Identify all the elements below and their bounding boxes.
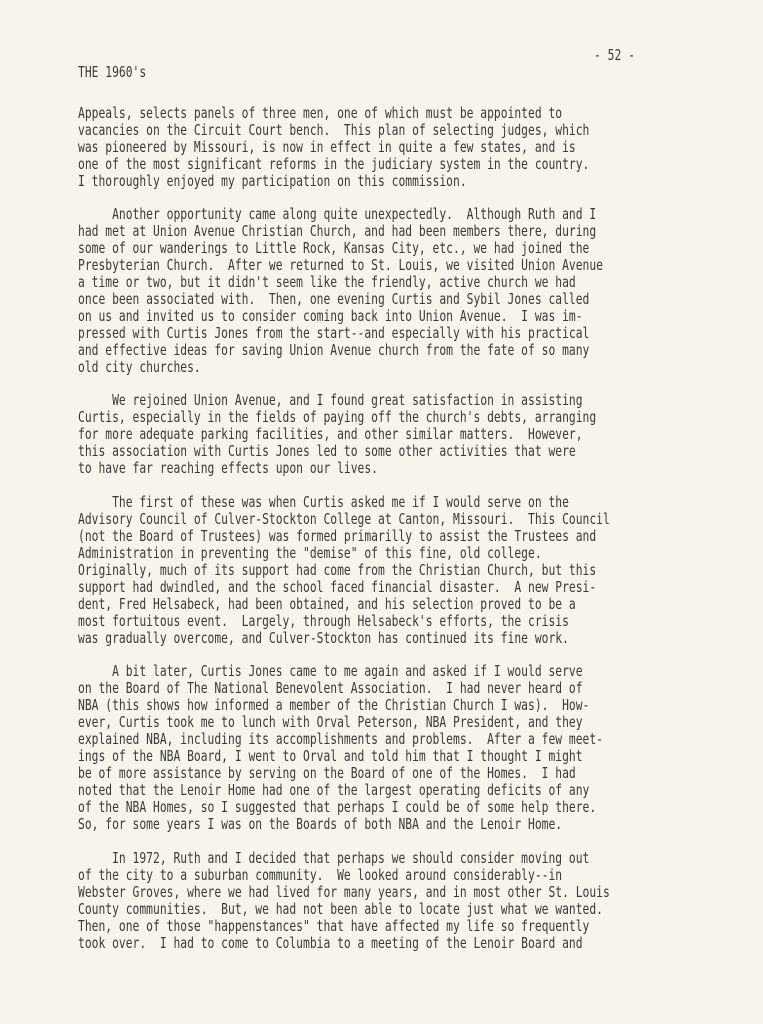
- text-line: explained NBA, including its accomplishm…: [78, 731, 603, 748]
- chapter-header: THE 1960's: [78, 64, 146, 81]
- text-line: a time or two, but it didn't seem like t…: [78, 274, 576, 291]
- text-line: (not the Board of Trustees) was formed p…: [78, 528, 596, 545]
- text-line: Webster Groves, where we had lived for m…: [78, 884, 610, 901]
- text-line: be of more assistance by serving on the …: [78, 765, 576, 782]
- text-line: NBA (this shows how informed a member of…: [78, 697, 589, 714]
- text-line: County communities. But, we had not been…: [78, 901, 603, 918]
- text-line: took over. I had to come to Columbia to …: [78, 935, 583, 952]
- text-line: Another opportunity came along quite une…: [78, 206, 596, 223]
- text-line: Originally, much of its support had come…: [78, 562, 596, 579]
- text-line: and effective ideas for saving Union Ave…: [78, 342, 589, 359]
- text-line: vacancies on the Circuit Court bench. Th…: [78, 122, 589, 139]
- text-line: on us and invited us to consider coming …: [78, 308, 583, 325]
- text-line: once been associated with. Then, one eve…: [78, 291, 589, 308]
- text-line: Presbyterian Church. After we returned t…: [78, 257, 603, 274]
- text-line: pressed with Curtis Jones from the start…: [78, 325, 589, 342]
- text-line: was pioneered by Missouri, is now in eff…: [78, 139, 576, 156]
- text-line: one of the most significant reforms in t…: [78, 156, 589, 173]
- text-line: Curtis, especially in the fields of payi…: [78, 409, 596, 426]
- text-line: dent, Fred Helsabeck, had been obtained,…: [78, 596, 576, 613]
- text-line: We rejoined Union Avenue, and I found gr…: [78, 392, 583, 409]
- text-line: Advisory Council of Culver-Stockton Coll…: [78, 511, 610, 528]
- text-line: some of our wanderings to Little Rock, K…: [78, 240, 589, 257]
- text-line: ever, Curtis took me to lunch with Orval…: [78, 714, 583, 731]
- text-line: of the city to a suburban community. We …: [78, 867, 562, 884]
- text-line: old city churches.: [78, 359, 201, 376]
- text-line: this association with Curtis Jones led t…: [78, 443, 576, 460]
- document-page: - 52 - THE 1960's Appeals, selects panel…: [0, 0, 763, 1024]
- text-line: Administration in preventing the "demise…: [78, 545, 542, 562]
- page-number: - 52 -: [594, 47, 635, 64]
- text-line: Then, one of those "happenstances" that …: [78, 918, 589, 935]
- text-line: So, for some years I was on the Boards o…: [78, 816, 562, 833]
- text-line: most fortuitous event. Largely, through …: [78, 613, 569, 630]
- text-line: for more adequate parking facilities, an…: [78, 426, 583, 443]
- text-line: to have far reaching effects upon our li…: [78, 460, 378, 477]
- text-line: noted that the Lenoir Home had one of th…: [78, 782, 589, 799]
- text-line: on the Board of The National Benevolent …: [78, 680, 583, 697]
- text-line: of the NBA Homes, so I suggested that pe…: [78, 799, 596, 816]
- text-line: support had dwindled, and the school fac…: [78, 579, 596, 596]
- text-line: was gradually overcome, and Culver-Stock…: [78, 630, 569, 647]
- text-line: Appeals, selects panels of three men, on…: [78, 105, 562, 122]
- text-line: ings of the NBA Board, I went to Orval a…: [78, 748, 583, 765]
- text-line: I thoroughly enjoyed my participation on…: [78, 173, 467, 190]
- text-line: A bit later, Curtis Jones came to me aga…: [78, 663, 583, 680]
- text-line: had met at Union Avenue Christian Church…: [78, 223, 596, 240]
- text-line: In 1972, Ruth and I decided that perhaps…: [78, 850, 589, 867]
- text-line: The first of these was when Curtis asked…: [78, 494, 569, 511]
